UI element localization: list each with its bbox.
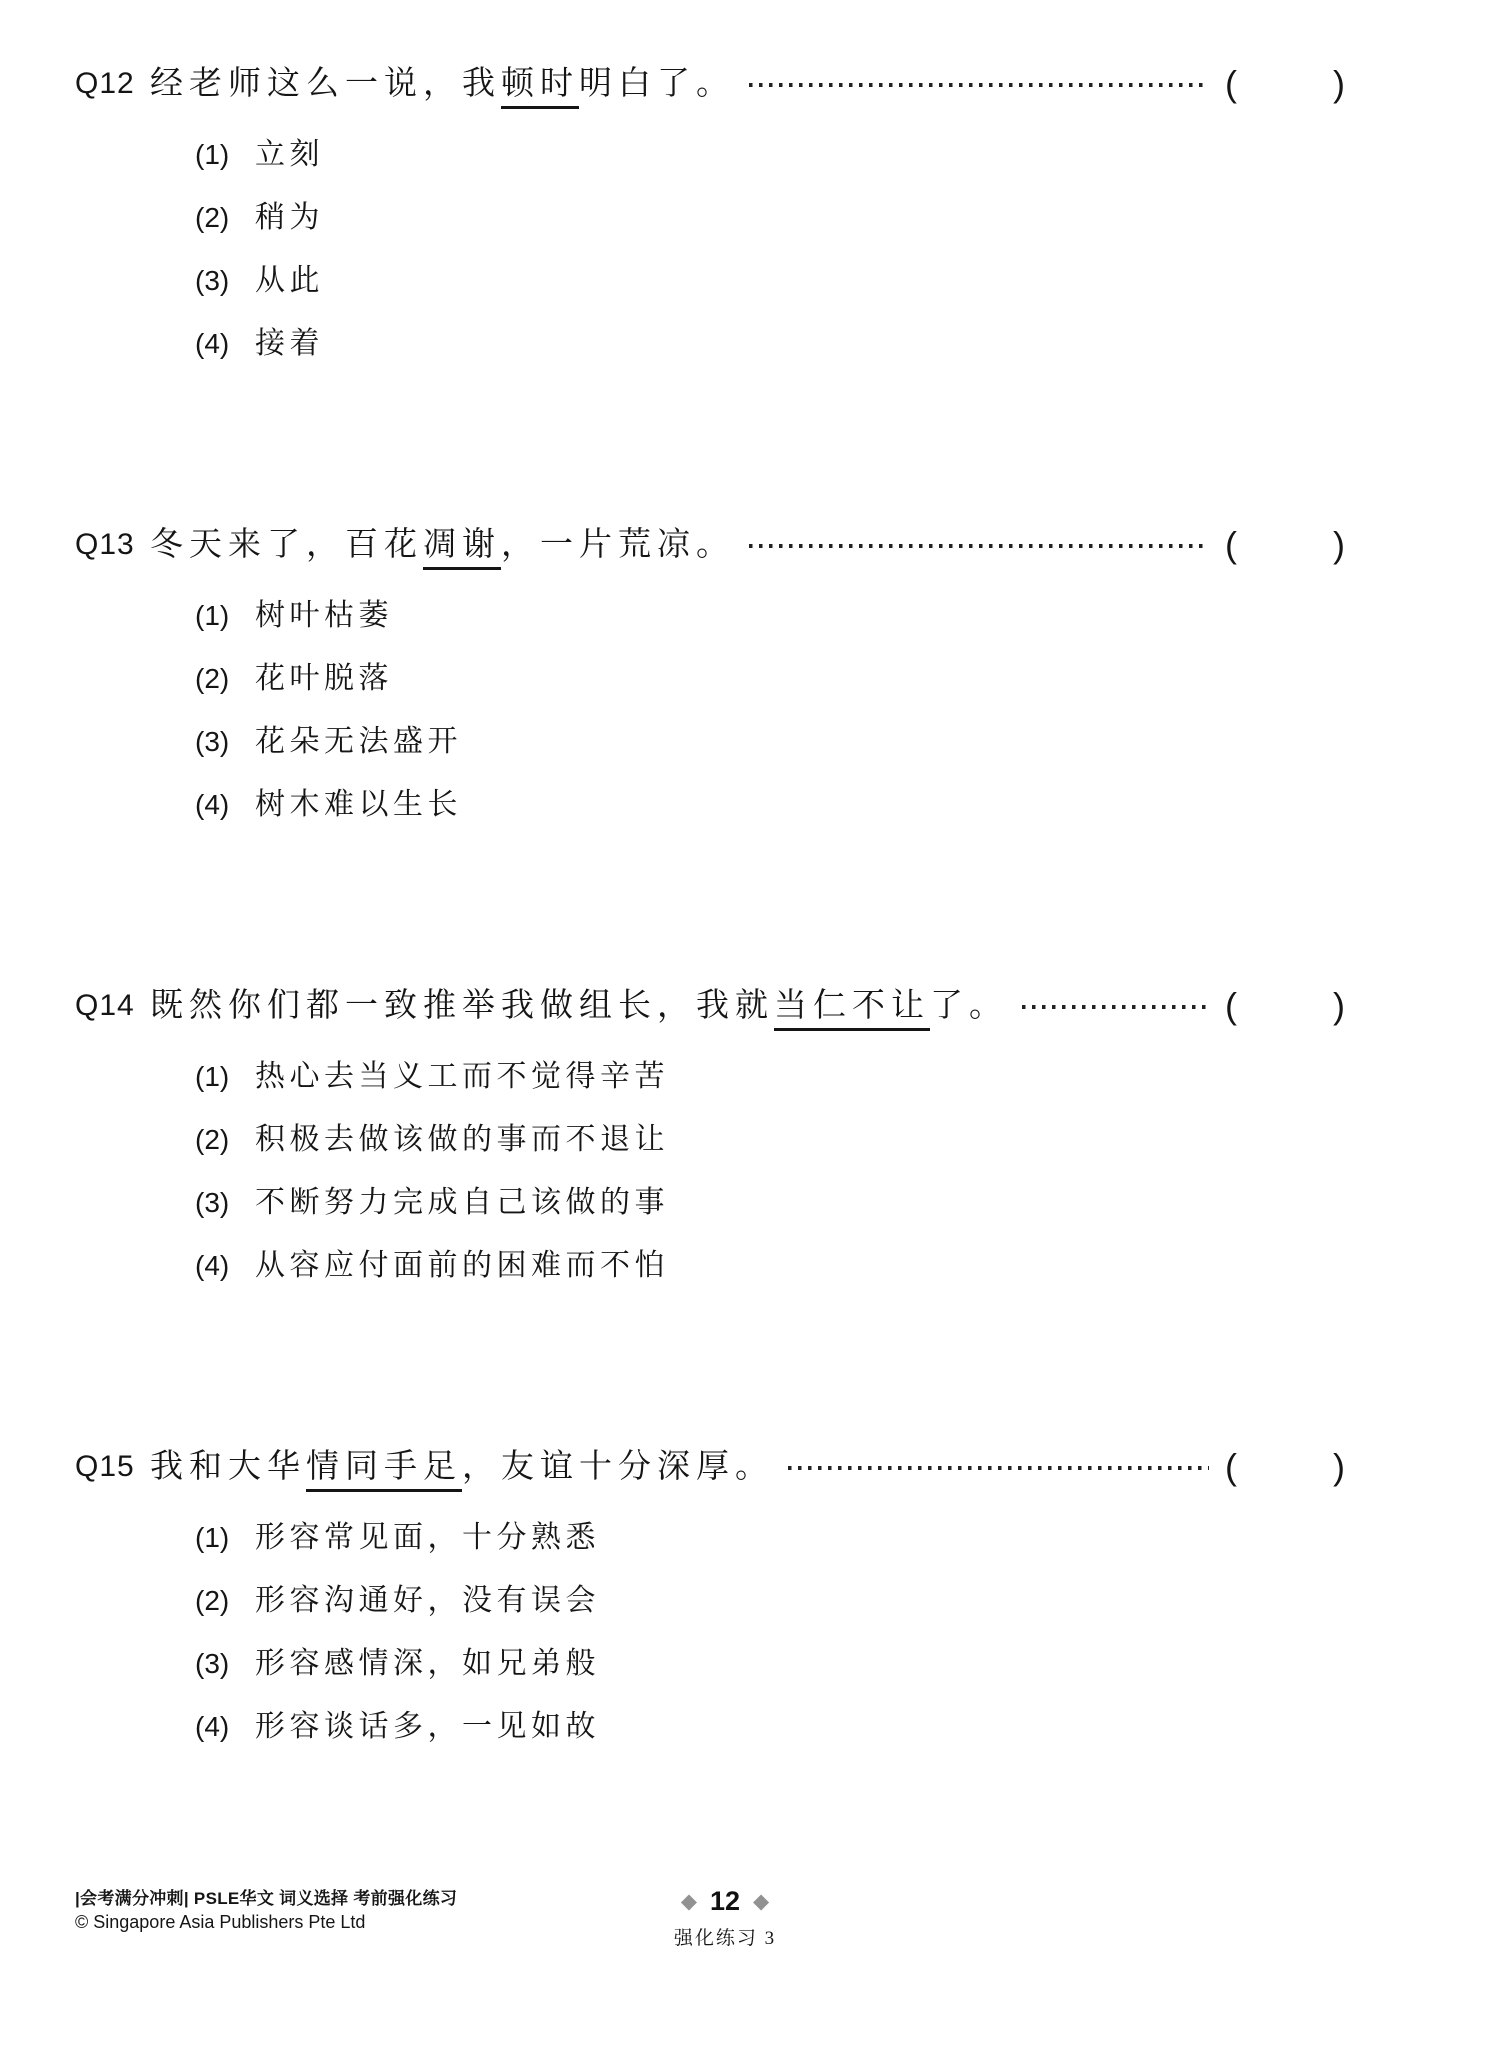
question-sentence: 经老师这么一说，我顿时明白了。 [150,60,735,108]
question-line: Q12 经老师这么一说，我顿时明白了。 ( ) [75,60,1345,108]
sentence-pre: 既然你们都一致推举我做组长，我就 [150,988,774,1024]
option-text: 积极去做该做的事而不退让 [255,1119,669,1161]
option-list: (1) 热心去当义工而不觉得辛苦 (2) 积极去做该做的事而不退让 (3) 不断… [195,1056,1345,1308]
question-sentence: 冬天来了，百花凋谢，一片荒凉。 [150,521,735,569]
underlined-term: 顿时 [501,66,579,109]
dotted-leader [749,83,1209,87]
option-row: (4) 接着 [195,323,1345,386]
option-number: (2) [195,1119,255,1161]
option-text: 形容常见面，十分熟悉 [255,1517,600,1559]
option-text: 立刻 [255,134,324,176]
option-list: (1) 形容常见面，十分熟悉 (2) 形容沟通好，没有误会 (3) 形容感情深，… [195,1517,1345,1769]
option-row: (1) 立刻 [195,134,1345,197]
option-row: (2) 稍为 [195,197,1345,260]
dotted-leader [788,1466,1209,1470]
open-paren: ( [1225,982,1237,1030]
answer-blank: ( ) [1225,1443,1345,1491]
option-number: (1) [195,595,255,637]
option-row: (1) 热心去当义工而不觉得辛苦 [195,1056,1345,1119]
question-block-q13: Q13 冬天来了，百花凋谢，一片荒凉。 ( ) (1) 树叶枯萎 (2) 花叶脱… [75,521,1345,847]
open-paren: ( [1225,60,1237,108]
question-sentence: 既然你们都一致推举我做组长，我就当仁不让了。 [150,982,1008,1030]
option-number: (3) [195,260,255,302]
footer-copyright: © Singapore Asia Publishers Pte Ltd [75,1912,457,1933]
option-row: (4) 从容应付面前的困难而不怕 [195,1245,1345,1308]
option-number: (1) [195,1056,255,1098]
option-row: (1) 树叶枯萎 [195,595,1345,658]
question-sentence: 我和大华情同手足，友谊十分深厚。 [150,1443,774,1491]
option-number: (1) [195,1517,255,1559]
question-block-q14: Q14 既然你们都一致推举我做组长，我就当仁不让了。 ( ) (1) 热心去当义… [75,982,1345,1308]
option-number: (3) [195,1182,255,1224]
option-text: 形容感情深，如兄弟般 [255,1643,600,1685]
question-block-q15: Q15 我和大华情同手足，友谊十分深厚。 ( ) (1) 形容常见面，十分熟悉 … [75,1443,1345,1769]
question-line: Q14 既然你们都一致推举我做组长，我就当仁不让了。 ( ) [75,982,1345,1030]
close-paren: ) [1333,1443,1345,1491]
option-text: 从容应付面前的困难而不怕 [255,1245,669,1287]
question-list: Q12 经老师这么一说，我顿时明白了。 ( ) (1) 立刻 (2) 稍为 [75,60,1345,1904]
option-text: 树木难以生长 [255,784,462,826]
option-text: 形容沟通好，没有误会 [255,1580,600,1622]
sentence-post: 明白了。 [579,66,735,102]
option-text: 从此 [255,260,324,302]
option-number: (4) [195,1706,255,1748]
option-row: (4) 树木难以生长 [195,784,1345,847]
sentence-pre: 经老师这么一说，我 [150,66,501,102]
diamond-icon: ◆ [681,1886,697,1916]
close-paren: ) [1333,982,1345,1030]
question-line: Q15 我和大华情同手足，友谊十分深厚。 ( ) [75,1443,1345,1491]
answer-blank: ( ) [1225,60,1345,108]
page-number: 12 [710,1886,740,1916]
option-number: (2) [195,658,255,700]
open-paren: ( [1225,521,1237,569]
question-number: Q12 [75,60,150,108]
option-number: (4) [195,784,255,826]
close-paren: ) [1333,60,1345,108]
option-row: (2) 花叶脱落 [195,658,1345,721]
underlined-term: 凋谢 [423,527,501,570]
footer-publication-info: |会考满分冲刺| PSLE华文 词义选择 考前强化练习 © Singapore … [75,1884,457,1933]
open-paren: ( [1225,1443,1237,1491]
underlined-term: 当仁不让 [774,988,930,1031]
option-number: (1) [195,134,255,176]
sentence-pre: 我和大华 [150,1449,306,1485]
option-row: (3) 从此 [195,260,1345,323]
option-row: (3) 不断努力完成自己该做的事 [195,1182,1345,1245]
option-number: (2) [195,197,255,239]
sentence-pre: 冬天来了，百花 [150,527,423,563]
footer-series-title: |会考满分冲刺| PSLE华文 词义选择 考前强化练习 [75,1884,457,1909]
option-row: (4) 形容谈话多，一见如故 [195,1706,1345,1769]
option-list: (1) 立刻 (2) 稍为 (3) 从此 (4) 接着 [195,134,1345,386]
question-line: Q13 冬天来了，百花凋谢，一片荒凉。 ( ) [75,521,1345,569]
question-number: Q15 [75,1443,150,1491]
option-row: (3) 花朵无法盛开 [195,721,1345,784]
option-number: (3) [195,1643,255,1685]
option-number: (2) [195,1580,255,1622]
option-text: 花朵无法盛开 [255,721,462,763]
sentence-post: ，一片荒凉。 [501,527,735,563]
workbook-page: Q12 经老师这么一说，我顿时明白了。 ( ) (1) 立刻 (2) 稍为 [0,0,1501,2045]
footer-section-label: 强化练习 3 [630,1923,820,1950]
option-number: (4) [195,1245,255,1287]
question-block-q12: Q12 经老师这么一说，我顿时明白了。 ( ) (1) 立刻 (2) 稍为 [75,60,1345,386]
answer-blank: ( ) [1225,521,1345,569]
sentence-post: ，友谊十分深厚。 [462,1449,774,1485]
underlined-term: 情同手足 [306,1449,462,1492]
option-text: 形容谈话多，一见如故 [255,1706,600,1748]
option-text: 稍为 [255,197,324,239]
question-number: Q13 [75,521,150,569]
close-paren: ) [1333,521,1345,569]
option-row: (3) 形容感情深，如兄弟般 [195,1643,1345,1706]
footer-page-info: ◆ 12 ◆ 强化练习 3 [630,1886,820,1950]
option-text: 花叶脱落 [255,658,393,700]
answer-blank: ( ) [1225,982,1345,1030]
option-number: (3) [195,721,255,763]
option-row: (2) 积极去做该做的事而不退让 [195,1119,1345,1182]
option-number: (4) [195,323,255,365]
option-text: 树叶枯萎 [255,595,393,637]
dotted-leader [749,544,1209,548]
page-number-row: ◆ 12 ◆ [630,1886,820,1916]
option-list: (1) 树叶枯萎 (2) 花叶脱落 (3) 花朵无法盛开 (4) 树木难以生长 [195,595,1345,847]
question-number: Q14 [75,982,150,1030]
option-row: (1) 形容常见面，十分熟悉 [195,1517,1345,1580]
diamond-icon: ◆ [753,1886,769,1916]
option-text: 接着 [255,323,324,365]
option-text: 热心去当义工而不觉得辛苦 [255,1056,669,1098]
dotted-leader [1022,1005,1209,1009]
option-row: (2) 形容沟通好，没有误会 [195,1580,1345,1643]
sentence-post: 了。 [930,988,1008,1024]
option-text: 不断努力完成自己该做的事 [255,1182,669,1224]
